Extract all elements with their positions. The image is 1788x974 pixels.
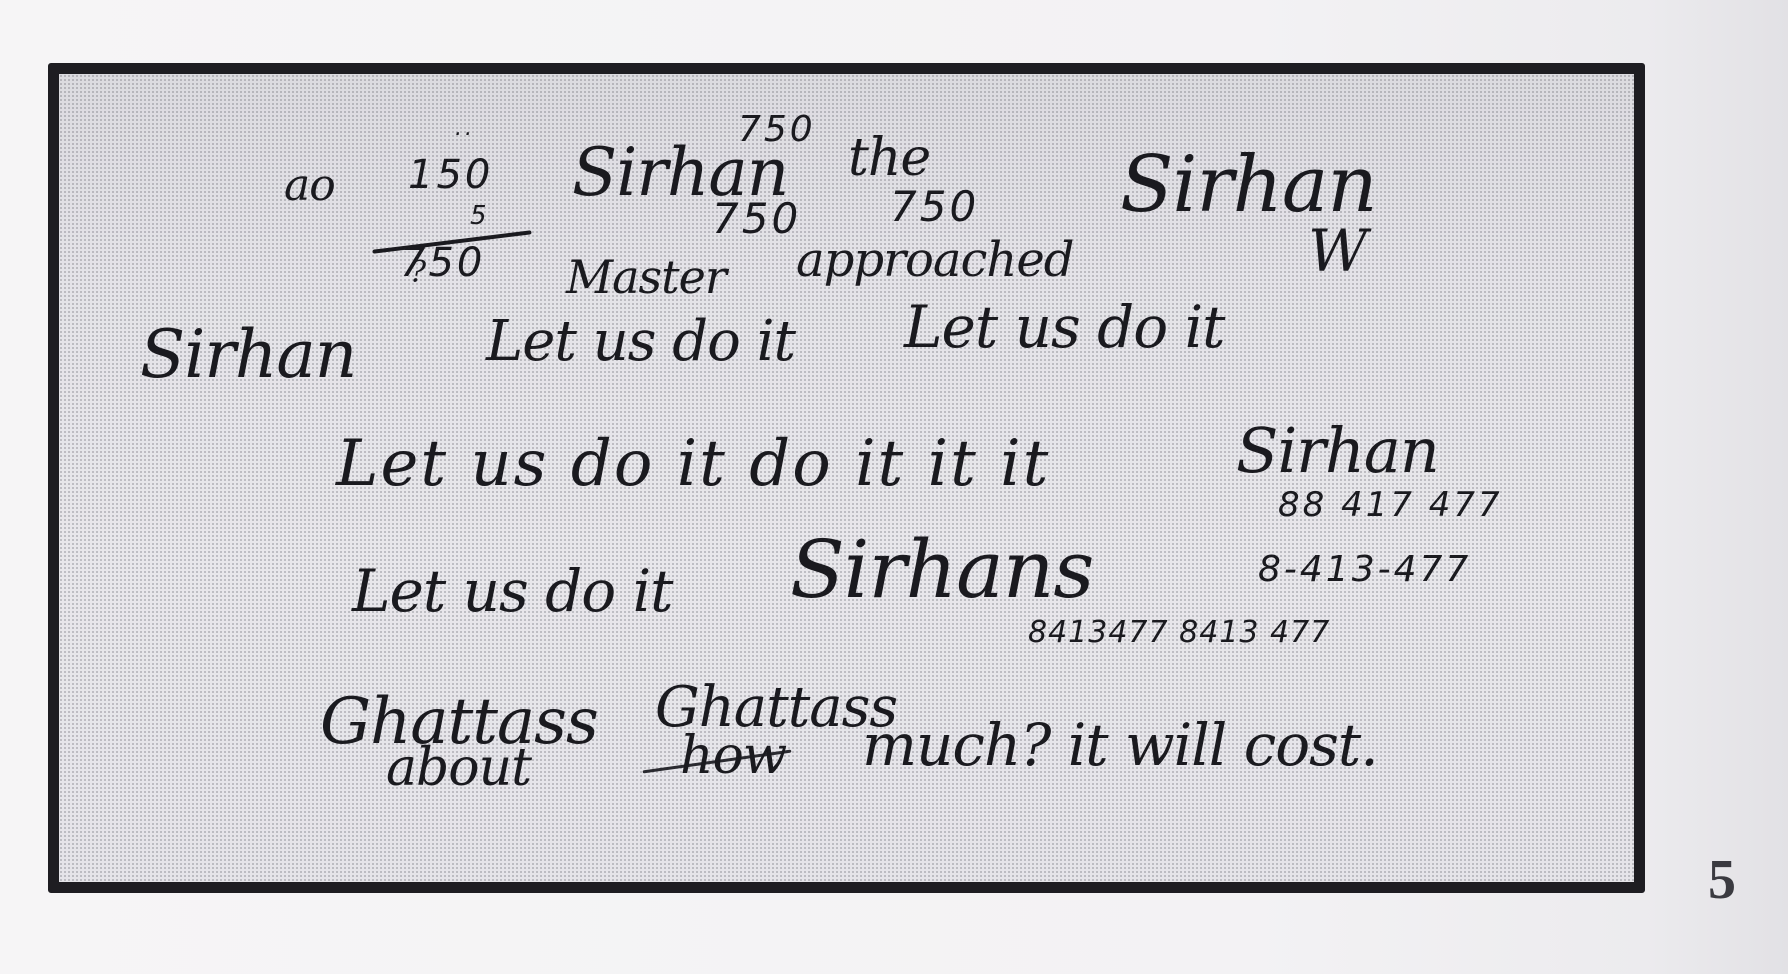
handwriting-the: the <box>848 132 930 184</box>
handwriting-number-1: 88 417 477 <box>1278 488 1503 522</box>
handwriting-fraction-top: 150 <box>408 155 493 195</box>
handwriting-number-2: 8-413-477 <box>1258 552 1471 588</box>
handwriting-how: how <box>680 730 786 782</box>
handwriting-master: Master <box>566 254 726 300</box>
handwriting-approached: approached <box>796 236 1073 284</box>
handwriting-let-us-do-it-repeated: Let us do it do it it it <box>336 432 1050 496</box>
handwriting-number-3: 8413477 8413 477 <box>1028 618 1330 648</box>
handwriting-sirhans: Sirhans <box>790 530 1093 610</box>
handwriting-about: about <box>386 742 531 794</box>
handwriting-much-it-will-cost: much? it will cost. <box>862 716 1378 774</box>
handwriting-750-a: 750 <box>712 198 801 240</box>
handwriting-superscript-750: 750 <box>738 112 816 148</box>
handwriting-w: W <box>1308 222 1367 280</box>
handwriting-let-us-do-it-1: Let us do it <box>486 314 795 370</box>
page-number: 5 <box>1708 852 1736 908</box>
handwriting-sirhan-3: Sirhan <box>140 322 356 388</box>
handwriting-question-mark: ? <box>410 258 425 288</box>
handwriting-fraction-dots: .. <box>455 118 475 140</box>
handwriting-let-us-do-it-3: Let us do it <box>352 562 672 620</box>
handwriting-sirhan-4: Sirhan <box>1236 420 1439 482</box>
handwriting-ao: ao <box>284 164 335 208</box>
handwriting-fraction-mid: 5 <box>470 203 490 229</box>
handwriting-sirhan-2: Sirhan <box>1120 146 1377 224</box>
handwriting-let-us-do-it-2: Let us do it <box>904 298 1224 356</box>
handwriting-750-b: 750 <box>890 186 979 228</box>
